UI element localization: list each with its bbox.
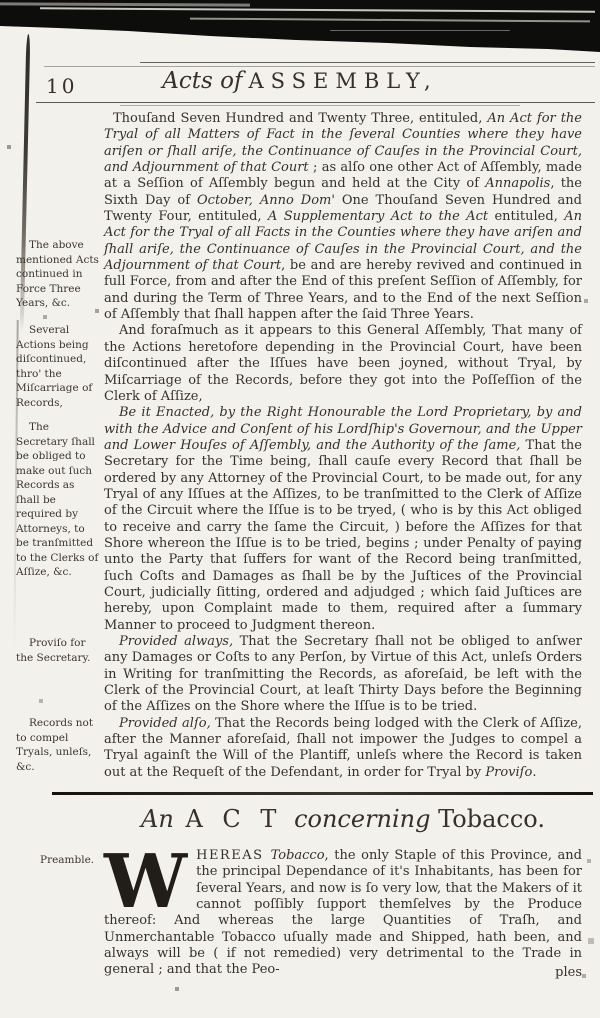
scanned-page: 10 Acts ofASSEMBLY, The above mentioned …	[0, 0, 600, 1018]
margin-note-preamble: Preamble.	[40, 853, 110, 868]
header-rule-bottom	[36, 102, 595, 103]
scan-streak	[330, 30, 510, 31]
paragraph-act-continuation: Thouſand Seven Hundred and Twenty Three,…	[104, 111, 582, 323]
paragraph-be-it-enacted: Be it Enacted, by the Right Honourable t…	[104, 405, 582, 634]
text-segment: Be it Enacted, by the Right Honourable t…	[104, 405, 582, 453]
heading-word-concerning: concerning	[294, 805, 430, 833]
text-segment: entituled,	[488, 209, 564, 224]
text-segment: Tobacco	[271, 848, 325, 863]
margin-note-actions-discontinued: Several Actions being diſcontinued, thro…	[16, 323, 100, 410]
catchword: ples	[104, 965, 582, 980]
header-rule-top-faint	[44, 66, 595, 67]
running-title-caps: ASSEMBLY,	[248, 69, 437, 93]
text-segment: That the Secretary for the Time being, ſ…	[104, 438, 582, 633]
section-divider-rule	[52, 792, 593, 795]
text-segment: Provided always,	[119, 634, 240, 649]
margin-note-records-tryals: Records not to compel Tryals, unleſs, &c…	[16, 716, 100, 774]
paragraph-forasmuch: And foraſmuch as it appears to this Gene…	[104, 323, 582, 405]
text-segment: October, Anno Dom'	[197, 193, 335, 208]
text-segment: Proviſo	[485, 765, 532, 780]
text-segment: Provided alſo,	[119, 716, 215, 731]
heading-word-an: An	[141, 805, 174, 833]
text-segment: A Supplementary Act to the Act	[268, 209, 488, 224]
text-segment: Thouſand Seven Hundred and Twenty Three,…	[113, 111, 487, 126]
heading-word-tobacco: Tobacco.	[438, 805, 545, 833]
header-rule-bottom-faint	[120, 105, 520, 106]
heading-word-act: A C T	[185, 805, 282, 833]
scan-artifact-top-band	[0, 0, 600, 56]
scan-streak	[40, 7, 595, 12]
scan-noise-specks	[0, 0, 2, 2]
act-heading-tobacco: An A C T concerning Tobacco.	[104, 805, 582, 833]
running-title: Acts ofASSEMBLY,	[0, 68, 600, 94]
scan-streak	[0, 2, 250, 6]
body-text-column: Thouſand Seven Hundred and Twenty Three,…	[104, 111, 582, 781]
margin-note-secretary-records: The Secretary ſhall be obliged to make o…	[16, 420, 100, 580]
text-segment: HEREAS	[196, 848, 270, 863]
paragraph-provided-also: Provided alſo, That the Records being lo…	[104, 716, 582, 781]
scan-streak	[190, 18, 590, 23]
header-rule-top	[140, 62, 595, 63]
margin-note-proviso-secretary: Proviſo for the Secretary.	[16, 636, 100, 665]
paragraph-whereas-tobacco: WHEREAS Tobacco, the only Staple of this…	[104, 848, 582, 979]
running-title-italic: Acts of	[162, 68, 242, 94]
drop-cap-w: W	[104, 848, 196, 911]
paragraph-provided-always: Provided always, That the Secretary ſhal…	[104, 634, 582, 716]
text-segment: And foraſmuch as it appears to this Gene…	[104, 323, 582, 403]
text-segment: .	[532, 765, 536, 780]
text-segment: Annapolis	[485, 176, 550, 191]
margin-note-acts-continued: The above mentioned Acts continued in Fo…	[16, 238, 100, 311]
